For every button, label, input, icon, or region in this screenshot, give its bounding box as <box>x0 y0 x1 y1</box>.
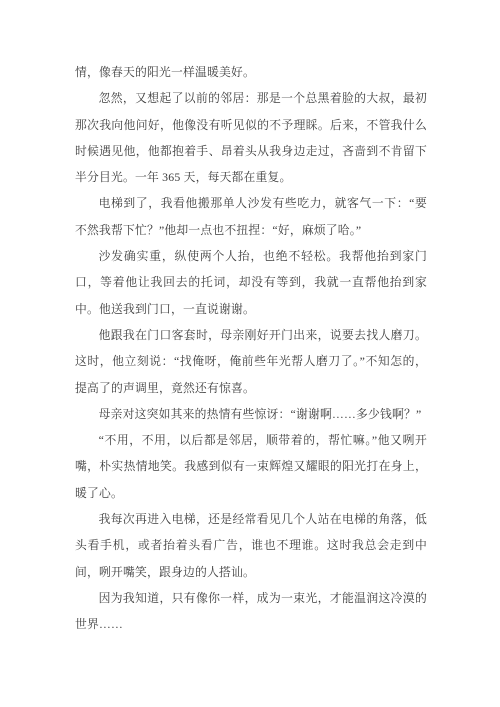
paragraph: 母亲对这突如其来的热情有些惊讶：“谢谢啊……多少钱啊？” <box>75 401 427 427</box>
paragraph: 沙发确实重，纵使两个人抬，也绝不轻松。我帮他抬到家门口，等着他让我回去的托词，却… <box>75 243 427 322</box>
paragraph: 他跟我在门口客套时，母亲刚好开门出来，说要去找人磨刀。这时，他立刻说：“找俺呀，… <box>75 322 427 401</box>
paragraph: 我每次再进入电梯，还是经常看见几个人站在电梯的角落，低头看手机，或者抬着头看广告… <box>75 506 427 585</box>
document-page: 情，像春天的阳光一样温暖美好。 忽然，又想起了以前的邻居：那是一个总黑着脸的大叔… <box>0 0 500 707</box>
paragraph: “不用，不用，以后都是邻居，顺带着的，帮忙嘛。”他又咧开嘴，朴实热情地笑。我感到… <box>75 427 427 506</box>
paragraph: 电梯到了，我看他搬那单人沙发有些吃力，就客气一下：“要不然我帮下忙？”他却一点也… <box>75 190 427 243</box>
paragraph-continuation: 情，像春天的阳光一样温暖美好。 <box>75 59 427 85</box>
paragraph: 忽然，又想起了以前的邻居：那是一个总黑着脸的大叔，最初那次我向他问好，他像没有听… <box>75 85 427 190</box>
essay-text-block: 情，像春天的阳光一样温暖美好。 忽然，又想起了以前的邻居：那是一个总黑着脸的大叔… <box>75 59 427 638</box>
paragraph: 因为我知道，只有像你一样，成为一束光，才能温润这冷漠的世界…… <box>75 585 427 638</box>
